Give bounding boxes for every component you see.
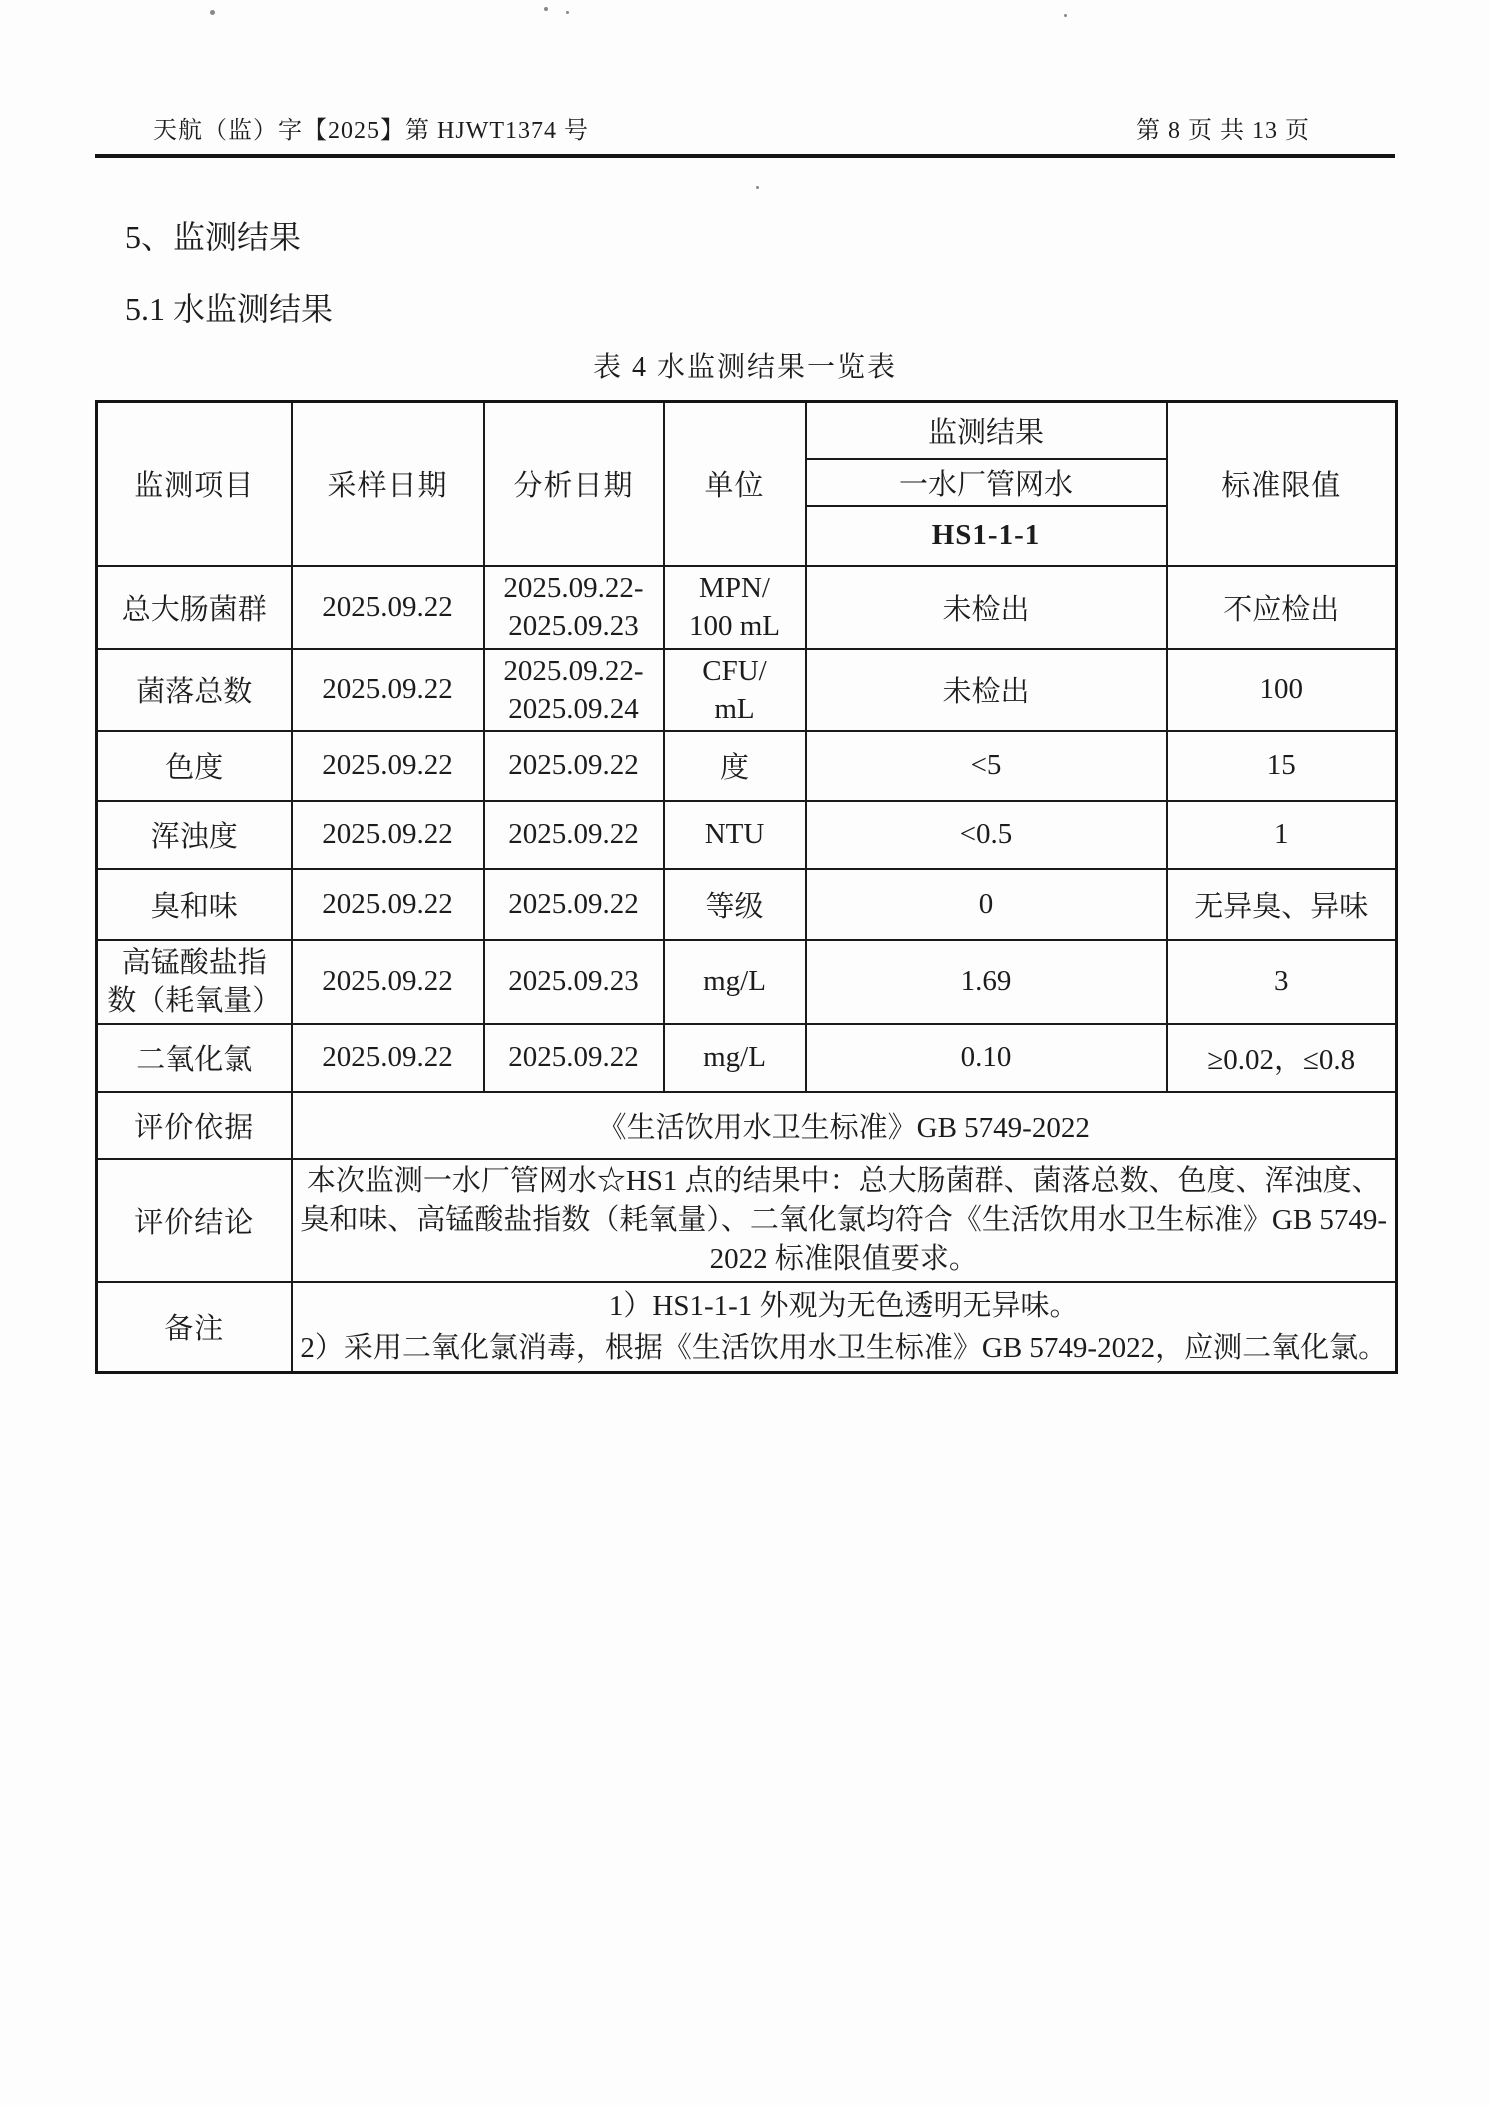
cell-unit: 度	[664, 731, 806, 801]
remarks-row: 备注 1）HS1-1-1 外观为无色透明无异味。 2）采用二氧化氯消毒，根据《生…	[97, 1282, 1397, 1373]
cell-sample-date: 2025.09.22	[292, 649, 484, 731]
cell-item: 二氧化氯	[97, 1024, 292, 1092]
remark-line-2: 2）采用二氧化氯消毒，根据《生活饮用水卫生标准》GB 5749-2022，应测二…	[299, 1327, 1390, 1369]
scan-artifact	[210, 10, 215, 15]
cell-analysis-date: 2025.09.22	[484, 869, 664, 940]
page-number: 第 8 页 共 13 页	[1136, 110, 1395, 145]
cell-unit: 等级	[664, 869, 806, 940]
conclusion-label: 评价结论	[97, 1159, 292, 1282]
table-row: 二氧化氯 2025.09.22 2025.09.22 mg/L 0.10 ≥0.…	[97, 1024, 1397, 1092]
document-page: 天航（监）字【2025】第 HJWT1374 号 第 8 页 共 13 页 5、…	[0, 0, 1490, 2105]
table-row: 菌落总数 2025.09.22 2025.09.22- 2025.09.24 C…	[97, 649, 1397, 731]
header-sample-date: 采样日期	[292, 402, 484, 566]
cell-item: 总大肠菌群	[97, 566, 292, 649]
cell-item: 臭和味	[97, 869, 292, 940]
cell-sample-date: 2025.09.22	[292, 869, 484, 940]
cell-limit: 3	[1167, 940, 1397, 1024]
table-caption: 表 4 水监测结果一览表	[95, 345, 1395, 385]
cell-item: 色度	[97, 731, 292, 801]
cell-item: 高锰酸盐指 数（耗氧量）	[97, 940, 292, 1024]
header-item: 监测项目	[97, 402, 292, 566]
evaluation-conclusion-row: 评价结论 本次监测一水厂管网水☆HS1 点的结果中：总大肠菌群、菌落总数、色度、…	[97, 1159, 1397, 1282]
section-heading-results: 5、监测结果	[125, 212, 301, 258]
cell-analysis-date: 2025.09.22	[484, 731, 664, 801]
cell-sample-date: 2025.09.22	[292, 801, 484, 869]
cell-unit: NTU	[664, 801, 806, 869]
cell-unit: mg/L	[664, 940, 806, 1024]
header-result-point: HS1-1-1	[806, 506, 1167, 566]
header-analysis-date: 分析日期	[484, 402, 664, 566]
scan-artifact	[544, 7, 548, 11]
cell-result: <5	[806, 731, 1167, 801]
cell-limit: 无异臭、异味	[1167, 869, 1397, 940]
table-header-row: 监测项目 采样日期 分析日期 单位 监测结果 标准限值	[97, 402, 1397, 459]
cell-limit: 100	[1167, 649, 1397, 731]
table-row: 色度 2025.09.22 2025.09.22 度 <5 15	[97, 731, 1397, 801]
header-unit: 单位	[664, 402, 806, 566]
cell-result: 1.69	[806, 940, 1167, 1024]
scan-artifact	[1064, 14, 1067, 17]
cell-analysis-date: 2025.09.22	[484, 1024, 664, 1092]
cell-result: 0.10	[806, 1024, 1167, 1092]
cell-item: 浑浊度	[97, 801, 292, 869]
table-row: 总大肠菌群 2025.09.22 2025.09.22- 2025.09.23 …	[97, 566, 1397, 649]
cell-analysis-date: 2025.09.23	[484, 940, 664, 1024]
cell-sample-date: 2025.09.22	[292, 940, 484, 1024]
cell-unit: CFU/ mL	[664, 649, 806, 731]
cell-result: <0.5	[806, 801, 1167, 869]
table-row: 臭和味 2025.09.22 2025.09.22 等级 0 无异臭、异味	[97, 869, 1397, 940]
cell-analysis-date: 2025.09.22	[484, 801, 664, 869]
basis-label: 评价依据	[97, 1092, 292, 1159]
cell-limit: 15	[1167, 731, 1397, 801]
cell-sample-date: 2025.09.22	[292, 566, 484, 649]
remarks-label: 备注	[97, 1282, 292, 1373]
cell-analysis-date: 2025.09.22- 2025.09.24	[484, 649, 664, 731]
table-row: 高锰酸盐指 数（耗氧量） 2025.09.22 2025.09.23 mg/L …	[97, 940, 1397, 1024]
header-limit: 标准限值	[1167, 402, 1397, 566]
evaluation-basis-row: 评价依据 《生活饮用水卫生标准》GB 5749-2022	[97, 1092, 1397, 1159]
cell-sample-date: 2025.09.22	[292, 1024, 484, 1092]
cell-unit: MPN/ 100 mL	[664, 566, 806, 649]
cell-result: 0	[806, 869, 1167, 940]
section-heading-water-results: 5.1 水监测结果	[125, 284, 333, 330]
cell-result: 未检出	[806, 566, 1167, 649]
water-monitoring-table: 监测项目 采样日期 分析日期 单位 监测结果 标准限值 一水厂管网水 HS1-1…	[95, 400, 1398, 1374]
scan-artifact	[756, 186, 759, 189]
cell-limit: 不应检出	[1167, 566, 1397, 649]
scan-artifact	[566, 11, 569, 14]
header-result-source: 一水厂管网水	[806, 459, 1167, 506]
cell-item: 菌落总数	[97, 649, 292, 731]
cell-unit: mg/L	[664, 1024, 806, 1092]
cell-result: 未检出	[806, 649, 1167, 731]
cell-limit: 1	[1167, 801, 1397, 869]
table-row: 浑浊度 2025.09.22 2025.09.22 NTU <0.5 1	[97, 801, 1397, 869]
cell-limit: ≥0.02，≤0.8	[1167, 1024, 1397, 1092]
header-result-group: 监测结果	[806, 402, 1167, 459]
cell-analysis-date: 2025.09.22- 2025.09.23	[484, 566, 664, 649]
cell-sample-date: 2025.09.22	[292, 731, 484, 801]
remark-line-1: 1）HS1-1-1 外观为无色透明无异味。	[299, 1285, 1390, 1327]
basis-text: 《生活饮用水卫生标准》GB 5749-2022	[292, 1092, 1397, 1159]
doc-number: 天航（监）字【2025】第 HJWT1374 号	[95, 110, 589, 145]
conclusion-text: 本次监测一水厂管网水☆HS1 点的结果中：总大肠菌群、菌落总数、色度、浑浊度、臭…	[292, 1159, 1397, 1282]
remarks-text: 1）HS1-1-1 外观为无色透明无异味。 2）采用二氧化氯消毒，根据《生活饮用…	[292, 1282, 1397, 1373]
page-header: 天航（监）字【2025】第 HJWT1374 号 第 8 页 共 13 页	[95, 110, 1395, 158]
